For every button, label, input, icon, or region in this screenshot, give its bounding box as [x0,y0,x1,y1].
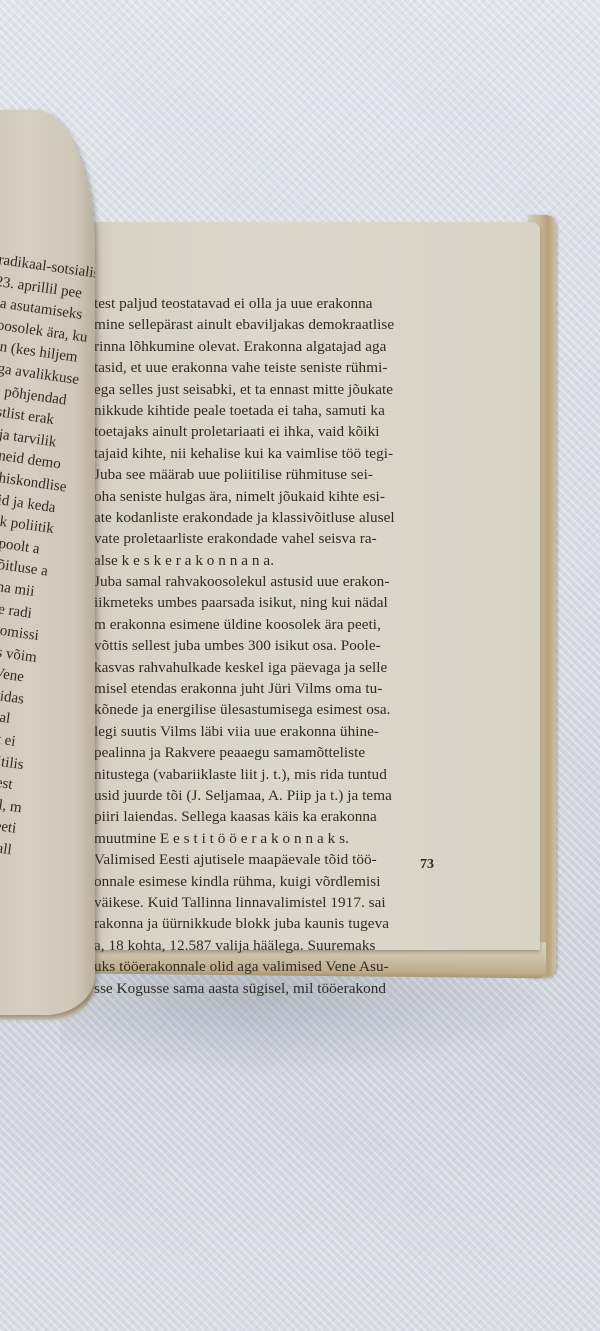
left-book-page-curled: radikaal-sotsialist 23. aprillil pee na … [0,110,95,1015]
right-page-text: test paljud teostatavad ei olla ja uue e… [94,293,444,999]
text-line: pealinna ja Rakvere peaaegu samamõttelis… [94,742,444,763]
text-line: ate kodanliste erakondade ja klassivõitl… [94,507,444,528]
text-line: nitustega (vabariiklaste liit j. t.), mi… [94,764,444,785]
text-line: ega selles just seisabki, et ta ennast m… [94,379,444,400]
text-line: tasid, et uue erakonna vahe teiste senis… [94,357,444,378]
text-line: väikese. Kuid Tallinna linnavalimistel 1… [94,892,444,913]
text-line: võttis sellest juba umbes 300 isikut osa… [94,635,444,656]
page-number: 73 [420,857,434,873]
text-line: kõnede ja energilise ülesastumisega esim… [94,699,444,720]
text-line: oha seniste hulgas ära, nimelt jõukaid k… [94,486,444,507]
text-line: usid juurde tõi (J. Seljamaa, A. Piip ja… [94,785,444,806]
left-page-text: radikaal-sotsialist 23. aprillil pee na … [0,250,95,974]
text-line: tajaid kihte, nii kehalise kui ka vaimli… [94,443,444,464]
text-line: a, 18 kohta, 12.587 valija häälega. Suur… [94,935,444,956]
text-line: legi suutis Vilms läbi viia uue erakonna… [94,721,444,742]
text-line: sse Kogusse sama aasta sügisel, mil tööe… [94,978,444,999]
text-line: kasvas rahvahulkade keskel iga päevaga j… [94,657,444,678]
text-line: m erakonna esimene üldine koosolek ära p… [94,614,444,635]
text-line: uks tööerakonnale olid aga valimised Ven… [94,956,444,977]
text-line: rinna lõhkumine olevat. Erakonna algataj… [94,336,444,357]
text-line: piiri laiendas. Sellega kaasas käis ka e… [94,806,444,827]
text-line: Valimised Eesti ajutisele maapäevale tõi… [94,849,444,870]
text-line: misel etendas erakonna juht Jüri Vilms o… [94,678,444,699]
text-line: iikmeteks umbes paarsada isikut, ning ku… [94,592,444,613]
text-line: test paljud teostatavad ei olla ja uue e… [94,293,444,314]
text-line: mine sellepärast ainult ebaviljakas demo… [94,314,444,335]
text-line: rakonna ja üürnikkude blokk juba kaunis … [94,913,444,934]
text-line: toetajaks ainult proletariaati ei ihka, … [94,421,444,442]
text-line: nikkude kihtide peale toetada ei taha, s… [94,400,444,421]
text-line: vate proletaarliste erakondade vahel sei… [94,528,444,549]
text-line: onnale esimese kindla rühma, kuigi võrdl… [94,871,444,892]
text-line: Juba samal rahvakoosolekul astusid uue e… [94,571,444,592]
text-line: muutmine E e s t i t ö ö e r a k o n n a… [94,828,444,849]
text-line: Juba see määrab uue poliitilise rühmitus… [94,464,444,485]
text-line: alse k e s k e r a k o n n a n a. [94,550,444,571]
